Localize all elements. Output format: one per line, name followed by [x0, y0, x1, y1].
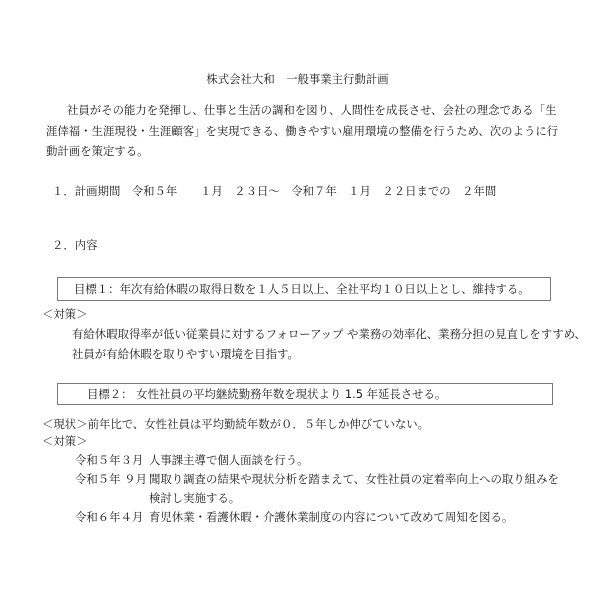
goal-1-measures-line-1: 有給休暇取得率が低い従業員に対するフォローアップ や業務の効率化、業務分担の見直…: [72, 326, 586, 342]
measure-date: 令和６年４月: [75, 509, 149, 525]
goal-1-measures-label: ＜対策＞: [42, 306, 88, 322]
measure-text: 聞取り調査の結果や現状分析を踏まえて、女性社員の定着率向上への取り組みを: [149, 472, 559, 486]
plan-period: １．計画期間 令和５年 １月 ２３日～ 令和７年 １月 ２２日までの ２年間: [52, 183, 496, 199]
document-title: 株式会社大和 一般事業主行動計画: [0, 71, 595, 87]
goal-2-text: 目標２： 女性社員の平均継続勤務年数を現状より 1.5 年延長させる。: [87, 387, 446, 401]
intro-paragraph: 社員がその能力を発揮し、仕事と生活の調和を図り、人間性を成長させ、会社の理念であ…: [46, 100, 561, 162]
goal-2-measures-label: ＜対策＞: [42, 433, 88, 449]
goal-2-box: 目標２： 女性社員の平均継続勤務年数を現状より 1.5 年延長させる。: [57, 383, 553, 405]
goal-1-box: 目標１：年次有給休暇の取得日数を１人５日以上、全社平均１０日以上とし、維持する。: [57, 277, 551, 301]
goal-1-measures-line-2: 社員が有給休暇を取りやすい環境を目指す。: [72, 346, 299, 362]
measure-text: 人事課主導で個人面談を行う。: [149, 453, 308, 467]
contents-heading: ２．内容: [52, 237, 98, 253]
measure-date: 令和５年 ９月: [75, 471, 149, 487]
measure-text-continued: 検討し実施する。: [149, 490, 240, 506]
measure-item: 令和６年４月育児休業・看護休暇・介護休業制度の内容について改めて周知を図る。: [75, 509, 513, 525]
measure-date: 令和５年３月: [75, 452, 149, 468]
goal-1-text: 目標１：年次有給休暇の取得日数を１人５日以上、全社平均１０日以上とし、維持する。: [74, 282, 530, 296]
measure-item: 令和５年３月人事課主導で個人面談を行う。: [75, 452, 308, 468]
measure-item: 令和５年 ９月聞取り調査の結果や現状分析を踏まえて、女性社員の定着率向上への取り…: [75, 471, 559, 487]
goal-2-status: ＜現状＞前年比で、女性社員は平均勤続年数が０．５年しか伸びていない。: [42, 416, 429, 432]
measure-text: 育児休業・看護休暇・介護休業制度の内容について改めて周知を図る。: [149, 510, 513, 524]
